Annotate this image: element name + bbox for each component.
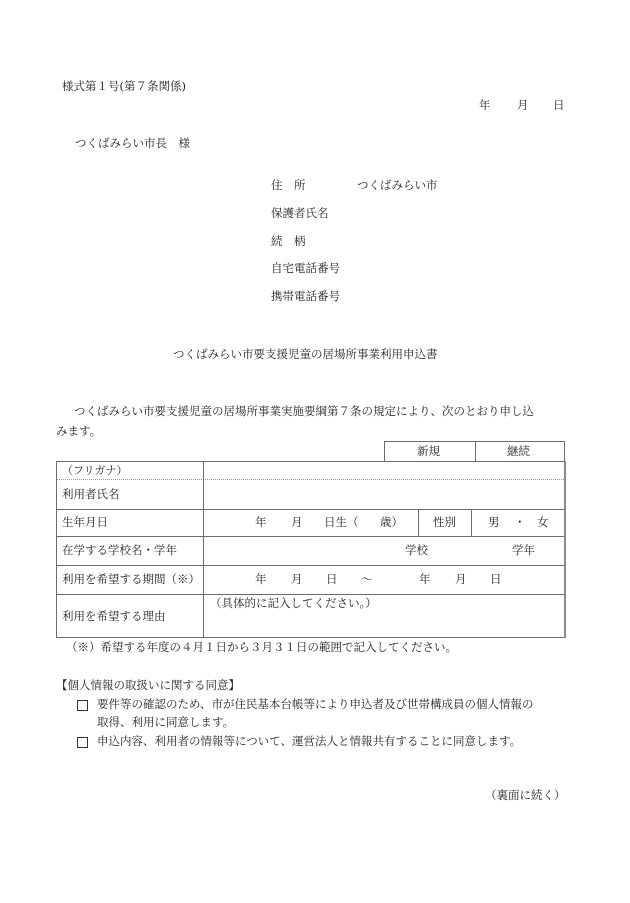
period-to-year: 年 — [419, 574, 431, 586]
birth-year-label: 年 — [255, 517, 267, 529]
home-phone-label: 自宅電話番号 — [271, 263, 340, 275]
date-day-label: 日 — [553, 100, 565, 112]
guardian-name-label: 保護者氏名 — [271, 208, 329, 220]
school-name-field[interactable] — [204, 537, 404, 565]
consent-item-2-line-1: 申込内容、利用者の情報等について、運営法人と情報共有することに同意します。 — [97, 736, 521, 748]
gender-female-option[interactable]: 女 — [537, 517, 549, 529]
furigana-label: （フリガナ） — [62, 465, 127, 476]
period-from-month: 月 — [291, 574, 303, 586]
school-label: 在学する学校名・学年 — [62, 545, 177, 557]
user-name-label: 利用者氏名 — [62, 489, 120, 501]
period-tilde: ～ — [361, 574, 373, 586]
period-label: 利用を希望する期間（※） — [62, 574, 200, 586]
age-label: 歳） — [380, 517, 403, 529]
furigana-field[interactable] — [204, 462, 564, 479]
relationship-label: 続 柄 — [271, 236, 306, 248]
period-to-month: 月 — [455, 574, 467, 586]
date-month-label: 月 — [517, 100, 529, 112]
reason-hint: （具体的に記入してください。） — [210, 598, 377, 610]
date-year-label: 年 — [479, 100, 491, 112]
school-suffix: 学校 — [405, 545, 428, 557]
grade-suffix: 学年 — [512, 545, 535, 557]
birth-day-label: 日生（ — [324, 517, 359, 529]
period-note: （※）希望する年度の４月１日から３月３１日の範囲で記入してください。 — [66, 642, 457, 654]
mobile-phone-label: 携帯電話番号 — [271, 291, 340, 303]
gender-label: 性別 — [433, 517, 456, 529]
period-from-year: 年 — [255, 574, 267, 586]
intro-line-2: みます。 — [56, 426, 101, 438]
birth-month-label: 月 — [291, 517, 303, 529]
period-to-day: 日 — [490, 574, 502, 586]
reason-field[interactable] — [204, 612, 564, 636]
consent-heading: 【個人情報の取扱いに関する同意】 — [56, 680, 240, 692]
reason-label: 利用を希望する理由 — [62, 611, 166, 623]
consent-item-1-line-1: 要件等の確認のため、市が住民基本台帳等により申込者及び世帯構成員の個人情報の — [97, 699, 534, 711]
address-label: 住 所 — [271, 180, 306, 192]
gender-separator: ・ — [514, 517, 526, 529]
option-continue[interactable]: 継続 — [507, 446, 530, 458]
gender-male-option[interactable]: 男 — [488, 517, 500, 529]
period-from-day: 日 — [326, 574, 338, 586]
form-number: 様式第１号(第７条関係) — [62, 81, 186, 93]
consent-item-1-line-2: 取得、利用に同意します。 — [97, 717, 234, 729]
consent-checkbox-1[interactable] — [77, 700, 88, 711]
continued-on-back: （裏面に続く） — [485, 790, 566, 802]
user-name-field[interactable] — [204, 480, 564, 509]
form-title: つくばみらい市要支援児童の居場所事業利用申込書 — [173, 349, 438, 361]
grade-field[interactable] — [430, 537, 510, 565]
consent-checkbox-2[interactable] — [77, 737, 88, 748]
birthdate-label: 生年月日 — [62, 517, 108, 529]
addressee: つくばみらい市長 様 — [75, 138, 190, 150]
option-new[interactable]: 新規 — [417, 446, 440, 458]
intro-line-1: つくばみらい市要支援児童の居場所事業実施要綱第７条の規定により、次のとおり申し込 — [74, 406, 534, 418]
address-value[interactable]: つくばみらい市 — [357, 180, 438, 192]
